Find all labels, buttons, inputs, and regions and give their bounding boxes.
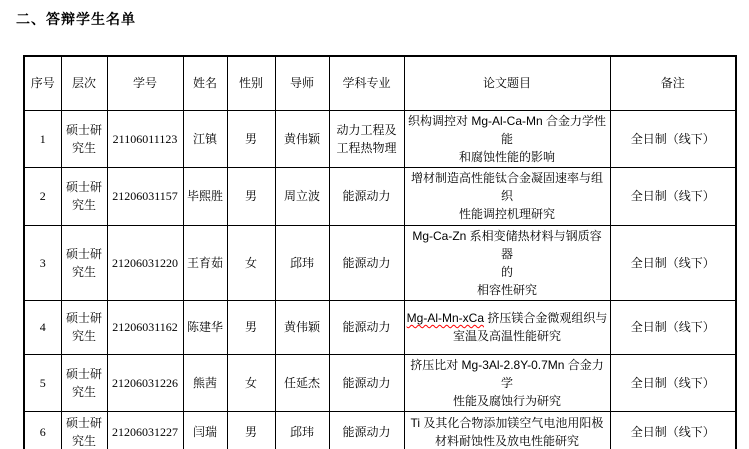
cell-note: 全日制（线下）: [610, 300, 736, 354]
header-thesis: 论文题目: [404, 56, 610, 110]
cell-level: 硕士研究生: [61, 354, 107, 411]
header-level: 层次: [61, 56, 107, 110]
defense-student-table: 序号 层次 学号 姓名 性别 导师 学科专业 论文题目 备注 1 硕士研究生 2…: [23, 55, 737, 449]
cell-student-id: 21206031157: [107, 167, 183, 225]
cell-thesis: 织构调控对 Mg-Al-Ca-Mn 合金力学性能 和腐蚀性能的影响: [404, 110, 610, 167]
table-row: 1 硕士研究生 21106011123 江镇 男 黄伟颖 动力工程及工程热物理 …: [24, 110, 736, 167]
cell-gender: 女: [227, 354, 275, 411]
table-row: 5 硕士研究生 21206031226 熊茜 女 任延杰 能源动力 挤压比对 M…: [24, 354, 736, 411]
cell-advisor: 黄伟颖: [275, 300, 329, 354]
cell-level: 硕士研究生: [61, 167, 107, 225]
cell-thesis: 挤压比对 Mg-3Al-2.8Y-0.7Mn 合金力学 性能及腐蚀行为研究: [404, 354, 610, 411]
cell-student-id: 21106011123: [107, 110, 183, 167]
cell-advisor: 任延杰: [275, 354, 329, 411]
cell-student-id: 21206031227: [107, 411, 183, 449]
cell-note: 全日制（线下）: [610, 411, 736, 449]
cell-note: 全日制（线下）: [610, 354, 736, 411]
header-major: 学科专业: [329, 56, 404, 110]
cell-major: 动力工程及工程热物理: [329, 110, 404, 167]
misspelled-term: Mg-Al-Mn-xCa: [407, 311, 484, 325]
cell-student-id: 21206031226: [107, 354, 183, 411]
cell-note: 全日制（线下）: [610, 167, 736, 225]
cell-gender: 男: [227, 110, 275, 167]
cell-student-id: 21206031220: [107, 225, 183, 300]
cell-gender: 男: [227, 167, 275, 225]
cell-advisor: 周立波: [275, 167, 329, 225]
section-title: 二、答辩学生名单: [16, 9, 136, 29]
table-header-row: 序号 层次 学号 姓名 性别 导师 学科专业 论文题目 备注: [24, 56, 736, 110]
header-advisor: 导师: [275, 56, 329, 110]
cell-no: 6: [24, 411, 61, 449]
cell-name: 陈建华: [183, 300, 227, 354]
cell-gender: 男: [227, 411, 275, 449]
cell-major: 能源动力: [329, 300, 404, 354]
header-no: 序号: [24, 56, 61, 110]
document-page: { "page": { "title": "二、答辩学生名单" }, "colo…: [0, 0, 749, 449]
table-row: 3 硕士研究生 21206031220 王育茹 女 邱玮 能源动力 Mg-Ca-…: [24, 225, 736, 300]
header-gender: 性别: [227, 56, 275, 110]
cell-advisor: 邱玮: [275, 225, 329, 300]
cell-name: 闫瑞: [183, 411, 227, 449]
cell-name: 熊茜: [183, 354, 227, 411]
cell-no: 2: [24, 167, 61, 225]
cell-thesis: Mg-Ca-Zn 系相变储热材料与钢质容器 的 相容性研究: [404, 225, 610, 300]
table-row: 2 硕士研究生 21206031157 毕熙胜 男 周立波 能源动力 增材制造高…: [24, 167, 736, 225]
cell-gender: 女: [227, 225, 275, 300]
cell-major: 能源动力: [329, 411, 404, 449]
cell-name: 江镇: [183, 110, 227, 167]
cell-no: 5: [24, 354, 61, 411]
cell-advisor: 邱玮: [275, 411, 329, 449]
cell-gender: 男: [227, 300, 275, 354]
cell-note: 全日制（线下）: [610, 225, 736, 300]
cell-level: 硕士研究生: [61, 411, 107, 449]
header-student-id: 学号: [107, 56, 183, 110]
cell-thesis: Ti 及其化合物添加镁空气电池用阳极 材料耐蚀性及放电性能研究: [404, 411, 610, 449]
cell-thesis: 增材制造高性能钛合金凝固速率与组织 性能调控机理研究: [404, 167, 610, 225]
cell-major: 能源动力: [329, 167, 404, 225]
cell-thesis: Mg-Al-Mn-xCa 挤压镁合金微观组织与 室温及高温性能研究: [404, 300, 610, 354]
table-row: 4 硕士研究生 21206031162 陈建华 男 黄伟颖 能源动力 Mg-Al…: [24, 300, 736, 354]
header-name: 姓名: [183, 56, 227, 110]
header-note: 备注: [610, 56, 736, 110]
cell-no: 4: [24, 300, 61, 354]
cell-advisor: 黄伟颖: [275, 110, 329, 167]
cell-no: 1: [24, 110, 61, 167]
cell-note: 全日制（线下）: [610, 110, 736, 167]
cell-major: 能源动力: [329, 354, 404, 411]
table-row: 6 硕士研究生 21206031227 闫瑞 男 邱玮 能源动力 Ti 及其化合…: [24, 411, 736, 449]
cell-level: 硕士研究生: [61, 300, 107, 354]
cell-student-id: 21206031162: [107, 300, 183, 354]
cell-level: 硕士研究生: [61, 225, 107, 300]
cell-name: 王育茹: [183, 225, 227, 300]
cell-no: 3: [24, 225, 61, 300]
cell-level: 硕士研究生: [61, 110, 107, 167]
cell-major: 能源动力: [329, 225, 404, 300]
cell-name: 毕熙胜: [183, 167, 227, 225]
